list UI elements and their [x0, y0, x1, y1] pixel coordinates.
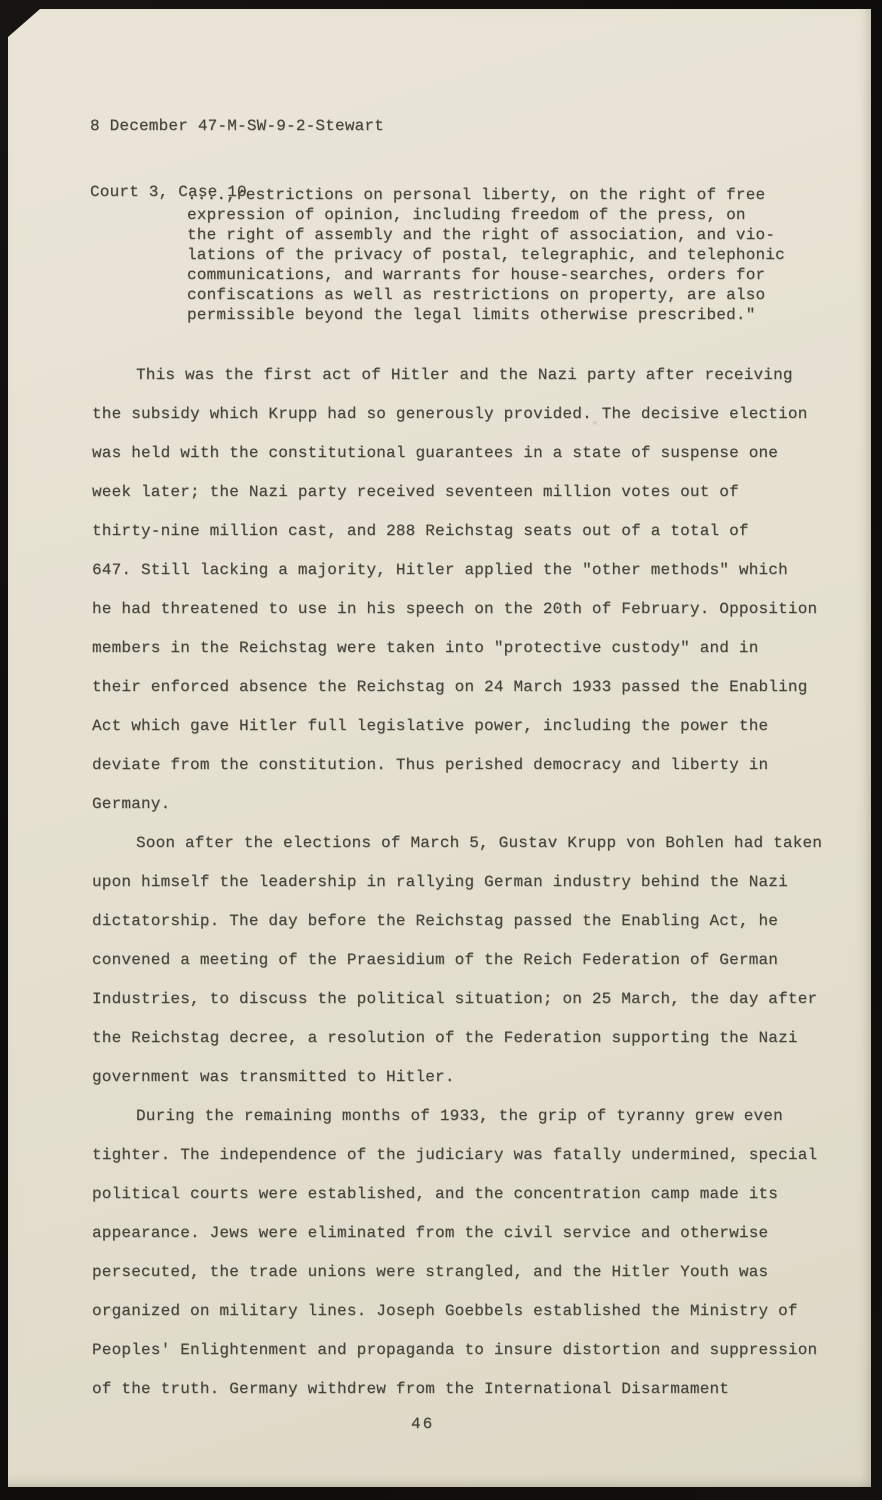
document-page: 8 December 47-M-SW-9-2-Stewart Court 3, …: [8, 9, 871, 1487]
document-body: This was the first act of Hitler and the…: [92, 356, 854, 1409]
body-paragraph-3: During the remaining months of 1933, the…: [92, 1097, 854, 1409]
quoted-excerpt: ....,restrictions on personal liberty, o…: [187, 185, 827, 325]
page-number: 46: [411, 1415, 434, 1433]
header-line-1: 8 December 47-M-SW-9-2-Stewart: [90, 115, 384, 137]
body-paragraph-2: Soon after the elections of March 5, Gus…: [92, 824, 854, 1097]
body-paragraph-1: This was the first act of Hitler and the…: [92, 356, 854, 824]
scanned-page-background: 8 December 47-M-SW-9-2-Stewart Court 3, …: [0, 0, 882, 1500]
